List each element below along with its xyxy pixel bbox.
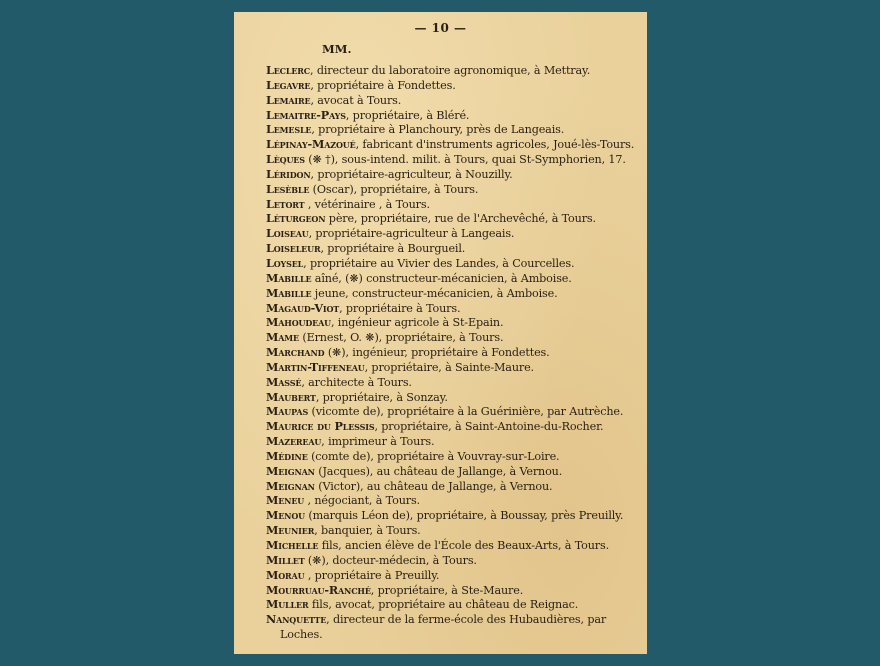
list-item: Nanquette, directeur de la ferme-école d… <box>266 612 626 643</box>
list-item: Leclerc, directeur du laboratoire agrono… <box>266 63 626 78</box>
list-item: Maurice du Plessis, propriétaire, à Sain… <box>266 419 626 434</box>
member-name: Morau <box>266 568 304 582</box>
member-name: Lemaire <box>266 93 310 107</box>
member-name: Mabille <box>266 286 311 300</box>
document-viewer: — 10 — MM. Leclerc, directeur du laborat… <box>0 0 880 666</box>
member-name: Lesèble <box>266 182 309 196</box>
list-item: Meignan (Victor), au château de Jallange… <box>266 479 626 494</box>
member-name: Léturgeon <box>266 211 325 225</box>
member-details: (vicomte de), propriétaire à la Guériniè… <box>308 405 623 418</box>
list-item: Loiseleur, propriétaire à Bourgueil. <box>266 241 626 256</box>
member-name: Loiseau <box>266 226 309 240</box>
member-name: Meignan <box>266 479 315 493</box>
page-number: — 10 — <box>234 21 647 35</box>
list-item: Meignan (Jacques), au château de Jallang… <box>266 464 626 479</box>
list-item: Lèques (❋ †), sous-intend. milit. à Tour… <box>266 152 626 167</box>
member-details: , propriétaire-agriculteur à Langeais. <box>309 227 515 240</box>
list-item: Lesèble (Oscar), propriétaire, à Tours. <box>266 182 626 197</box>
member-details: , propriétaire-agriculteur, à Nouzilly. <box>311 168 513 181</box>
member-details: , directeur de la ferme-école des Hubaud… <box>326 613 606 626</box>
list-item: Morau , propriétaire à Preuilly. <box>266 568 626 583</box>
member-name: Martin-Tiffeneau <box>266 360 365 374</box>
member-list: Leclerc, directeur du laboratoire agrono… <box>266 63 626 643</box>
member-details: , propriétaire au Vivier des Landes, à C… <box>303 257 574 270</box>
member-name: Meignan <box>266 464 315 478</box>
member-name: Maubert <box>266 390 316 404</box>
list-item: Lépinay-Mazoué, fabricant d'instruments … <box>266 137 626 152</box>
list-item: Léturgeon père, propriétaire, rue de l'A… <box>266 211 626 226</box>
list-item: Léridon, propriétaire-agriculteur, à Nou… <box>266 167 626 182</box>
member-name: Maupas <box>266 404 308 418</box>
member-details: , propriétaire à Planchoury, près de Lan… <box>311 123 564 136</box>
member-name: Lemaitre-Pays <box>266 108 346 122</box>
member-details: (Jacques), au château de Jallange, à Ver… <box>315 465 562 478</box>
member-details: , vétérinaire , à Tours. <box>304 198 429 211</box>
member-details: fils, ancien élève de l'École des Beaux-… <box>318 539 609 552</box>
member-details: , propriétaire, à Sonzay. <box>316 391 448 404</box>
member-details: (Ernest, O. ❋), propriétaire, à Tours. <box>299 331 503 344</box>
list-item: Mabille jeune, constructeur-mécanicien, … <box>266 286 626 301</box>
list-item: Lemaitre-Pays, propriétaire, à Bléré. <box>266 108 626 123</box>
member-name: Letort <box>266 197 304 211</box>
member-name: Magaud-Viot <box>266 301 339 315</box>
member-name: Lèques <box>266 152 305 166</box>
member-details: , avocat à Tours. <box>310 94 401 107</box>
member-details: fils, avocat, propriétaire au château de… <box>308 598 578 611</box>
member-name: Mahoudeau <box>266 315 331 329</box>
member-details-continuation: Loches. <box>266 628 626 643</box>
list-item: Muller fils, avocat, propriétaire au châ… <box>266 597 626 612</box>
member-details: , propriétaire à Preuilly. <box>304 569 439 582</box>
list-item: Legavre, propriétaire à Fondettes. <box>266 78 626 93</box>
member-details: , ingénieur agricole à St-Epain. <box>331 316 503 329</box>
member-name: Loiseleur <box>266 241 320 255</box>
list-item: Meneu , négociant, à Tours. <box>266 493 626 508</box>
list-item: Médine (comte de), propriétaire à Vouvra… <box>266 449 626 464</box>
member-name: Marchand <box>266 345 324 359</box>
member-name: Michelle <box>266 538 318 552</box>
member-name: Lemesle <box>266 122 311 136</box>
member-details: (marquis Léon de), propriétaire, à Bouss… <box>305 509 623 522</box>
member-details: (comte de), propriétaire à Vouvray-sur-L… <box>308 450 560 463</box>
member-name: Mame <box>266 330 299 344</box>
list-heading: MM. <box>322 42 351 56</box>
member-details: , propriétaire à Bourgueil. <box>320 242 465 255</box>
member-name: Millet <box>266 553 305 567</box>
member-details: , propriétaire, à Sainte-Maure. <box>365 361 534 374</box>
list-item: Mame (Ernest, O. ❋), propriétaire, à Tou… <box>266 330 626 345</box>
member-details: aîné, (❋) constructeur-mécanicien, à Amb… <box>311 272 571 285</box>
list-item: Mazereau, imprimeur à Tours. <box>266 434 626 449</box>
scanned-page: — 10 — MM. Leclerc, directeur du laborat… <box>234 12 647 654</box>
list-item: Magaud-Viot, propriétaire à Tours. <box>266 301 626 316</box>
member-name: Nanquette <box>266 612 326 626</box>
member-details: (❋ †), sous-intend. milit. à Tours, quai… <box>305 153 626 166</box>
list-item: Menou (marquis Léon de), propriétaire, à… <box>266 508 626 523</box>
member-name: Menou <box>266 508 305 522</box>
member-details: , négociant, à Tours. <box>304 494 420 507</box>
member-name: Léridon <box>266 167 311 181</box>
list-item: Maubert, propriétaire, à Sonzay. <box>266 390 626 405</box>
member-details: père, propriétaire, rue de l'Archevêché,… <box>325 212 596 225</box>
member-details: , propriétaire, à Bléré. <box>346 109 469 122</box>
member-details: (Oscar), propriétaire, à Tours. <box>309 183 478 196</box>
member-name: Lépinay-Mazoué <box>266 137 356 151</box>
member-details: , propriétaire, à Saint-Antoine-du-Roche… <box>374 420 603 433</box>
member-details: (❋), ingénieur, propriétaire à Fondettes… <box>324 346 549 359</box>
list-item: Mahoudeau, ingénieur agricole à St-Epain… <box>266 315 626 330</box>
member-name: Leclerc <box>266 63 310 77</box>
list-item: Michelle fils, ancien élève de l'École d… <box>266 538 626 553</box>
member-name: Maurice du Plessis <box>266 419 374 433</box>
list-item: Mourruau-Ranché, propriétaire, à Ste-Mau… <box>266 583 626 598</box>
member-name: Loysel <box>266 256 303 270</box>
member-details: , fabricant d'instruments agricoles, Jou… <box>356 138 635 151</box>
list-item: Loysel, propriétaire au Vivier des Lande… <box>266 256 626 271</box>
list-item: Millet (❋), docteur-médecin, à Tours. <box>266 553 626 568</box>
list-item: Mabille aîné, (❋) constructeur-mécanicie… <box>266 271 626 286</box>
member-details: , propriétaire à Tours. <box>339 302 460 315</box>
member-details: (Victor), au château de Jallange, à Vern… <box>315 480 553 493</box>
member-name: Muller <box>266 597 308 611</box>
list-item: Martin-Tiffeneau, propriétaire, à Sainte… <box>266 360 626 375</box>
list-item: Meunier, banquier, à Tours. <box>266 523 626 538</box>
member-details: , banquier, à Tours. <box>314 524 420 537</box>
list-item: Lemesle, propriétaire à Planchoury, près… <box>266 122 626 137</box>
member-details: , propriétaire, à Ste-Maure. <box>371 584 523 597</box>
list-item: Lemaire, avocat à Tours. <box>266 93 626 108</box>
member-name: Mazereau <box>266 434 321 448</box>
member-name: Mabille <box>266 271 311 285</box>
member-name: Mourruau-Ranché <box>266 583 371 597</box>
member-name: Massé <box>266 375 301 389</box>
member-name: Médine <box>266 449 308 463</box>
member-name: Meunier <box>266 523 314 537</box>
list-item: Massé, architecte à Tours. <box>266 375 626 390</box>
list-item: Letort , vétérinaire , à Tours. <box>266 197 626 212</box>
list-item: Loiseau, propriétaire-agriculteur à Lang… <box>266 226 626 241</box>
member-details: , propriétaire à Fondettes. <box>310 79 455 92</box>
member-name: Legavre <box>266 78 310 92</box>
member-name: Meneu <box>266 493 304 507</box>
member-details: , imprimeur à Tours. <box>321 435 434 448</box>
member-details: , directeur du laboratoire agronomique, … <box>310 64 590 77</box>
member-details: , architecte à Tours. <box>301 376 412 389</box>
list-item: Maupas (vicomte de), propriétaire à la G… <box>266 404 626 419</box>
list-item: Marchand (❋), ingénieur, propriétaire à … <box>266 345 626 360</box>
member-details: jeune, constructeur-mécanicien, à Ambois… <box>311 287 557 300</box>
member-details: (❋), docteur-médecin, à Tours. <box>305 554 477 567</box>
